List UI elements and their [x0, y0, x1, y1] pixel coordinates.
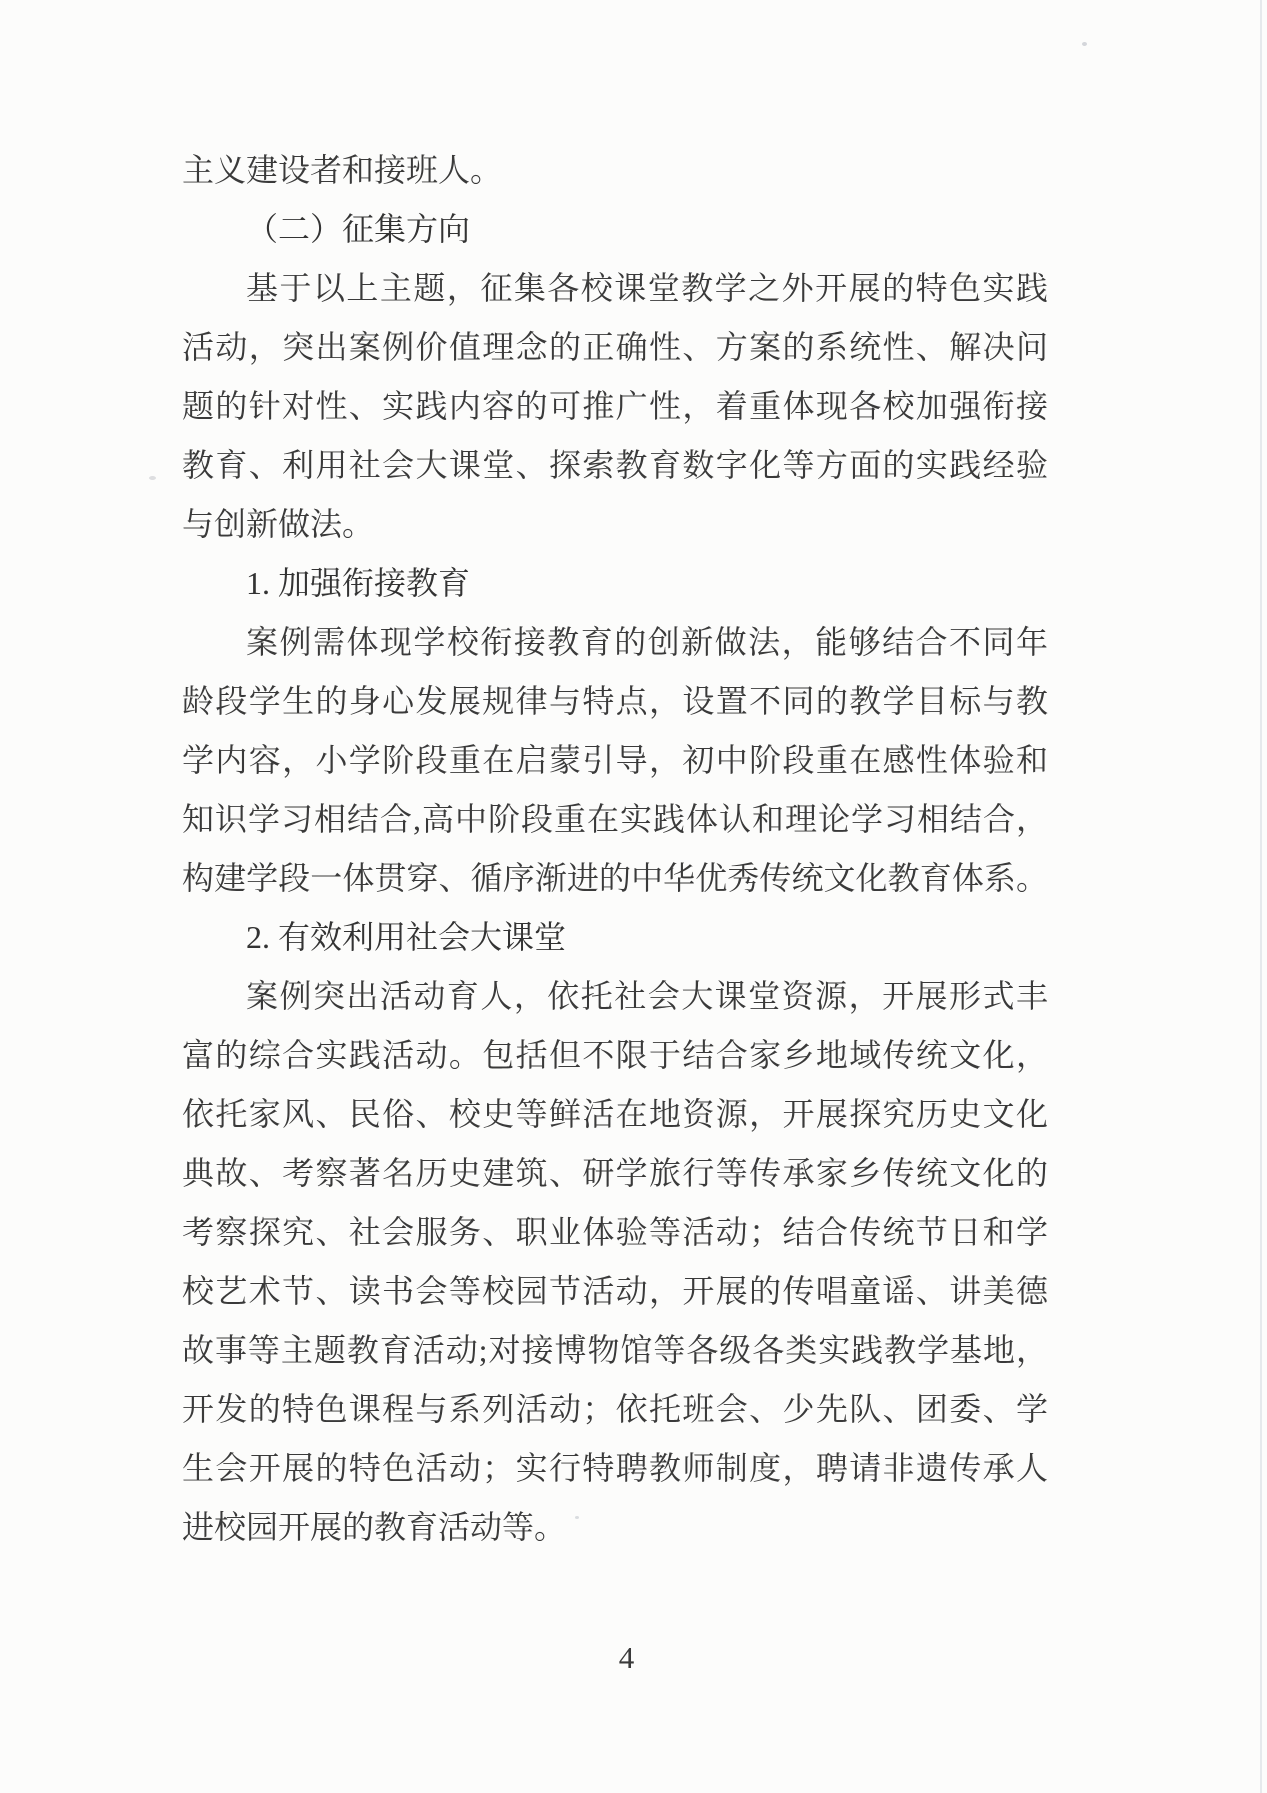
text-line: 教育、利用社会大课堂、探索教育数字化等方面的实践经验	[182, 436, 1048, 495]
text-line: 龄段学生的身心发展规律与特点，设置不同的教学目标与教	[182, 672, 1048, 731]
scan-speck-artifact	[1082, 42, 1087, 46]
section-heading-line: 1. 加强衔接教育	[182, 554, 1048, 613]
document-body: 主义建设者和接班人。（二）征集方向基于以上主题，征集各校课堂教学之外开展的特色实…	[182, 141, 1048, 1557]
text-line: 开发的特色课程与系列活动；依托班会、少先队、团委、学	[182, 1380, 1048, 1439]
text-line: 学内容，小学阶段重在启蒙引导，初中阶段重在感性体验和	[182, 731, 1048, 790]
section-heading-line: （二）征集方向	[182, 200, 1048, 259]
section-heading-line: 2. 有效利用社会大课堂	[182, 908, 1048, 967]
text-line: 案例需体现学校衔接教育的创新做法，能够结合不同年	[182, 613, 1048, 672]
text-line: 生会开展的特色活动；实行特聘教师制度，聘请非遗传承人	[182, 1439, 1048, 1498]
document-page: 主义建设者和接班人。（二）征集方向基于以上主题，征集各校课堂教学之外开展的特色实…	[0, 0, 1267, 1793]
text-line: 与创新做法。	[182, 495, 1048, 554]
text-line: 题的针对性、实践内容的可推广性，着重体现各校加强衔接	[182, 377, 1048, 436]
text-line: 进校园开展的教育活动等。	[182, 1498, 1048, 1557]
text-line: 典故、考察著名历史建筑、研学旅行等传承家乡传统文化的	[182, 1144, 1048, 1203]
text-line: 校艺术节、读书会等校园节活动，开展的传唱童谣、讲美德	[182, 1262, 1048, 1321]
scan-edge-artifact	[1260, 0, 1262, 1793]
scan-speck-artifact	[575, 1516, 579, 1519]
text-line: 依托家风、民俗、校史等鲜活在地资源，开展探究历史文化	[182, 1085, 1048, 1144]
text-line: 基于以上主题，征集各校课堂教学之外开展的特色实践	[182, 259, 1048, 318]
text-line: 知识学习相结合,高中阶段重在实践体认和理论学习相结合，	[182, 790, 1048, 849]
text-line: 主义建设者和接班人。	[182, 141, 1048, 200]
text-line: 考察探究、社会服务、职业体验等活动；结合传统节日和学	[182, 1203, 1048, 1262]
text-line: 案例突出活动育人，依托社会大课堂资源，开展形式丰	[182, 967, 1048, 1026]
text-line: 构建学段一体贯穿、循序渐进的中华优秀传统文化教育体系。	[182, 849, 1048, 908]
text-line: 富的综合实践活动。包括但不限于结合家乡地域传统文化，	[182, 1026, 1048, 1085]
page-number: 4	[0, 1638, 1253, 1678]
scan-speck-artifact	[149, 476, 156, 480]
text-line: 活动，突出案例价值理念的正确性、方案的系统性、解决问	[182, 318, 1048, 377]
text-line: 故事等主题教育活动;对接博物馆等各级各类实践教学基地，	[182, 1321, 1048, 1380]
